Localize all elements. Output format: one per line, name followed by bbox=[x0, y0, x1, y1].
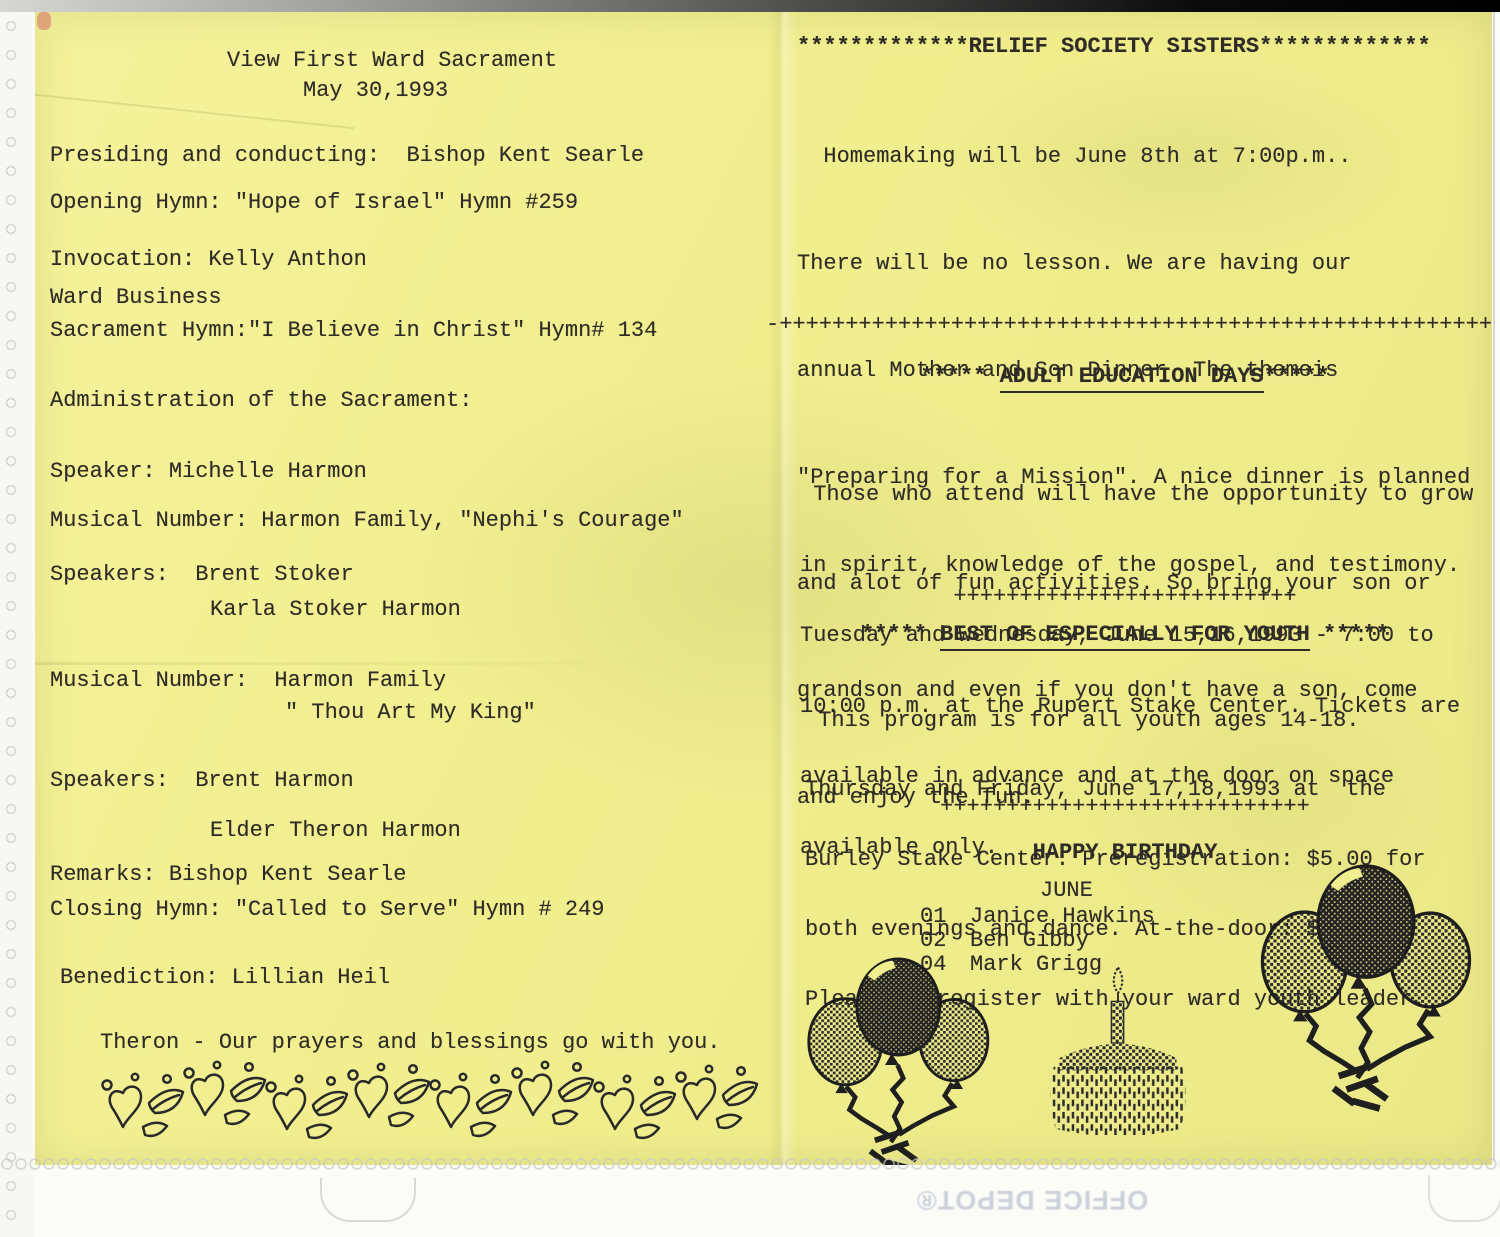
paper-curl-mark bbox=[1428, 1175, 1500, 1222]
program-line-farewell-note: Theron - Our prayers and blessings go wi… bbox=[100, 1030, 721, 1055]
program-line-administration: Administration of the Sacrament: bbox=[50, 388, 472, 413]
balloon-bunch-icon bbox=[1250, 848, 1480, 1118]
adult-education-heading: ***** ADULT EDUCATION DAYS***** bbox=[755, 364, 1492, 389]
paragraph-line: in spirit, knowledge of the gospel, and … bbox=[800, 554, 1473, 578]
paragraph-line: Those who attend will have the opportuni… bbox=[800, 483, 1473, 507]
plus-divider: -+++++++++++++++++++++++++++++++++++++++… bbox=[766, 312, 1492, 337]
office-depot-watermark: OFFICE DEPOT® bbox=[912, 1184, 1152, 1215]
heading-stars: ***** bbox=[920, 364, 999, 389]
program-line-closing-hymn: Closing Hymn: "Called to Serve" Hymn # 2… bbox=[50, 897, 605, 922]
program-line-invocation: Invocation: Kelly Anthon bbox=[50, 247, 367, 272]
paragraph-line: This program is for all youth ages 14-18… bbox=[805, 709, 1426, 732]
program-line-musical-number-2: Musical Number: Harmon Family bbox=[50, 668, 446, 693]
corner-smudge bbox=[37, 12, 51, 30]
relief-society-heading: *************RELIEF SOCIETY SISTERS*****… bbox=[797, 34, 1431, 59]
birthday-day: 01 bbox=[920, 904, 970, 929]
heading-stars: ***** bbox=[1310, 622, 1389, 647]
program-line-speakers-2: Speakers: Brent Harmon bbox=[50, 768, 354, 793]
heading-stars: ***** bbox=[1264, 364, 1330, 389]
paragraph-line: There will be no lesson. We are having o… bbox=[797, 246, 1470, 282]
program-line-speakers-1b: Karla Stoker Harmon bbox=[210, 597, 461, 622]
heading-title: BEST OF ESPECIALLY FOR YOUTH bbox=[940, 622, 1310, 651]
program-title-line2: May 30,1993 bbox=[303, 78, 448, 103]
birthday-name: Janice Hawkins bbox=[970, 904, 1155, 929]
program-line-remarks: Remarks: Bishop Kent Searle bbox=[50, 862, 406, 887]
program-line-musical-number-1: Musical Number: Harmon Family, "Nephi's … bbox=[50, 508, 684, 533]
birthday-month-label: JUNE bbox=[1040, 878, 1093, 903]
program-line-opening-hymn: Opening Hymn: "Hope of Israel" Hymn #259 bbox=[50, 190, 578, 215]
program-title-line1: View First Ward Sacrament bbox=[227, 48, 557, 73]
program-line-benediction: Benediction: Lillian Heil bbox=[60, 965, 390, 990]
plus-divider: ++++++++++++++++++++++++++++ bbox=[755, 794, 1492, 819]
program-line-ward-business: Ward Business bbox=[50, 285, 222, 310]
program-line-sacrament-hymn: Sacrament Hymn:"I Believe in Christ" Hym… bbox=[50, 318, 657, 343]
plus-divider: ++++++++++++++++++++++++++ bbox=[755, 584, 1492, 609]
program-line-speaker: Speaker: Michelle Harmon bbox=[50, 459, 367, 484]
heading-title: ADULT EDUCATION DAYS bbox=[1000, 364, 1264, 393]
paper-right-edge bbox=[1493, 12, 1495, 1162]
perforation-edge bbox=[0, 12, 33, 1237]
youth-program-heading: ***** BEST OF ESPECIALLY FOR YOUTH ***** bbox=[755, 622, 1492, 647]
program-line-speakers-1: Speakers: Brent Stoker bbox=[50, 562, 354, 587]
program-line-presiding: Presiding and conducting: Bishop Kent Se… bbox=[50, 143, 644, 168]
scanned-bulletin-page: View First Ward Sacrament May 30,1993 Pr… bbox=[0, 0, 1500, 1237]
heading-stars: ***** bbox=[861, 622, 940, 647]
hearts-garland-icon bbox=[95, 1055, 755, 1150]
bulletin-paper: View First Ward Sacrament May 30,1993 Pr… bbox=[35, 12, 1492, 1165]
birthday-cake-icon bbox=[1033, 957, 1203, 1145]
birthday-entry: 01Janice Hawkins bbox=[920, 904, 1155, 929]
balloon-bunch-icon bbox=[795, 944, 1000, 1165]
paragraph-line: Homemaking will be June 8th at 7:00p.m.. bbox=[797, 139, 1470, 175]
program-line-speakers-2b: Elder Theron Harmon bbox=[210, 818, 461, 843]
paper-curl-mark bbox=[320, 1178, 416, 1222]
program-line-musical-number-2b: " Thou Art My King" bbox=[285, 700, 536, 725]
scalloped-paper-edge bbox=[0, 1156, 1500, 1173]
